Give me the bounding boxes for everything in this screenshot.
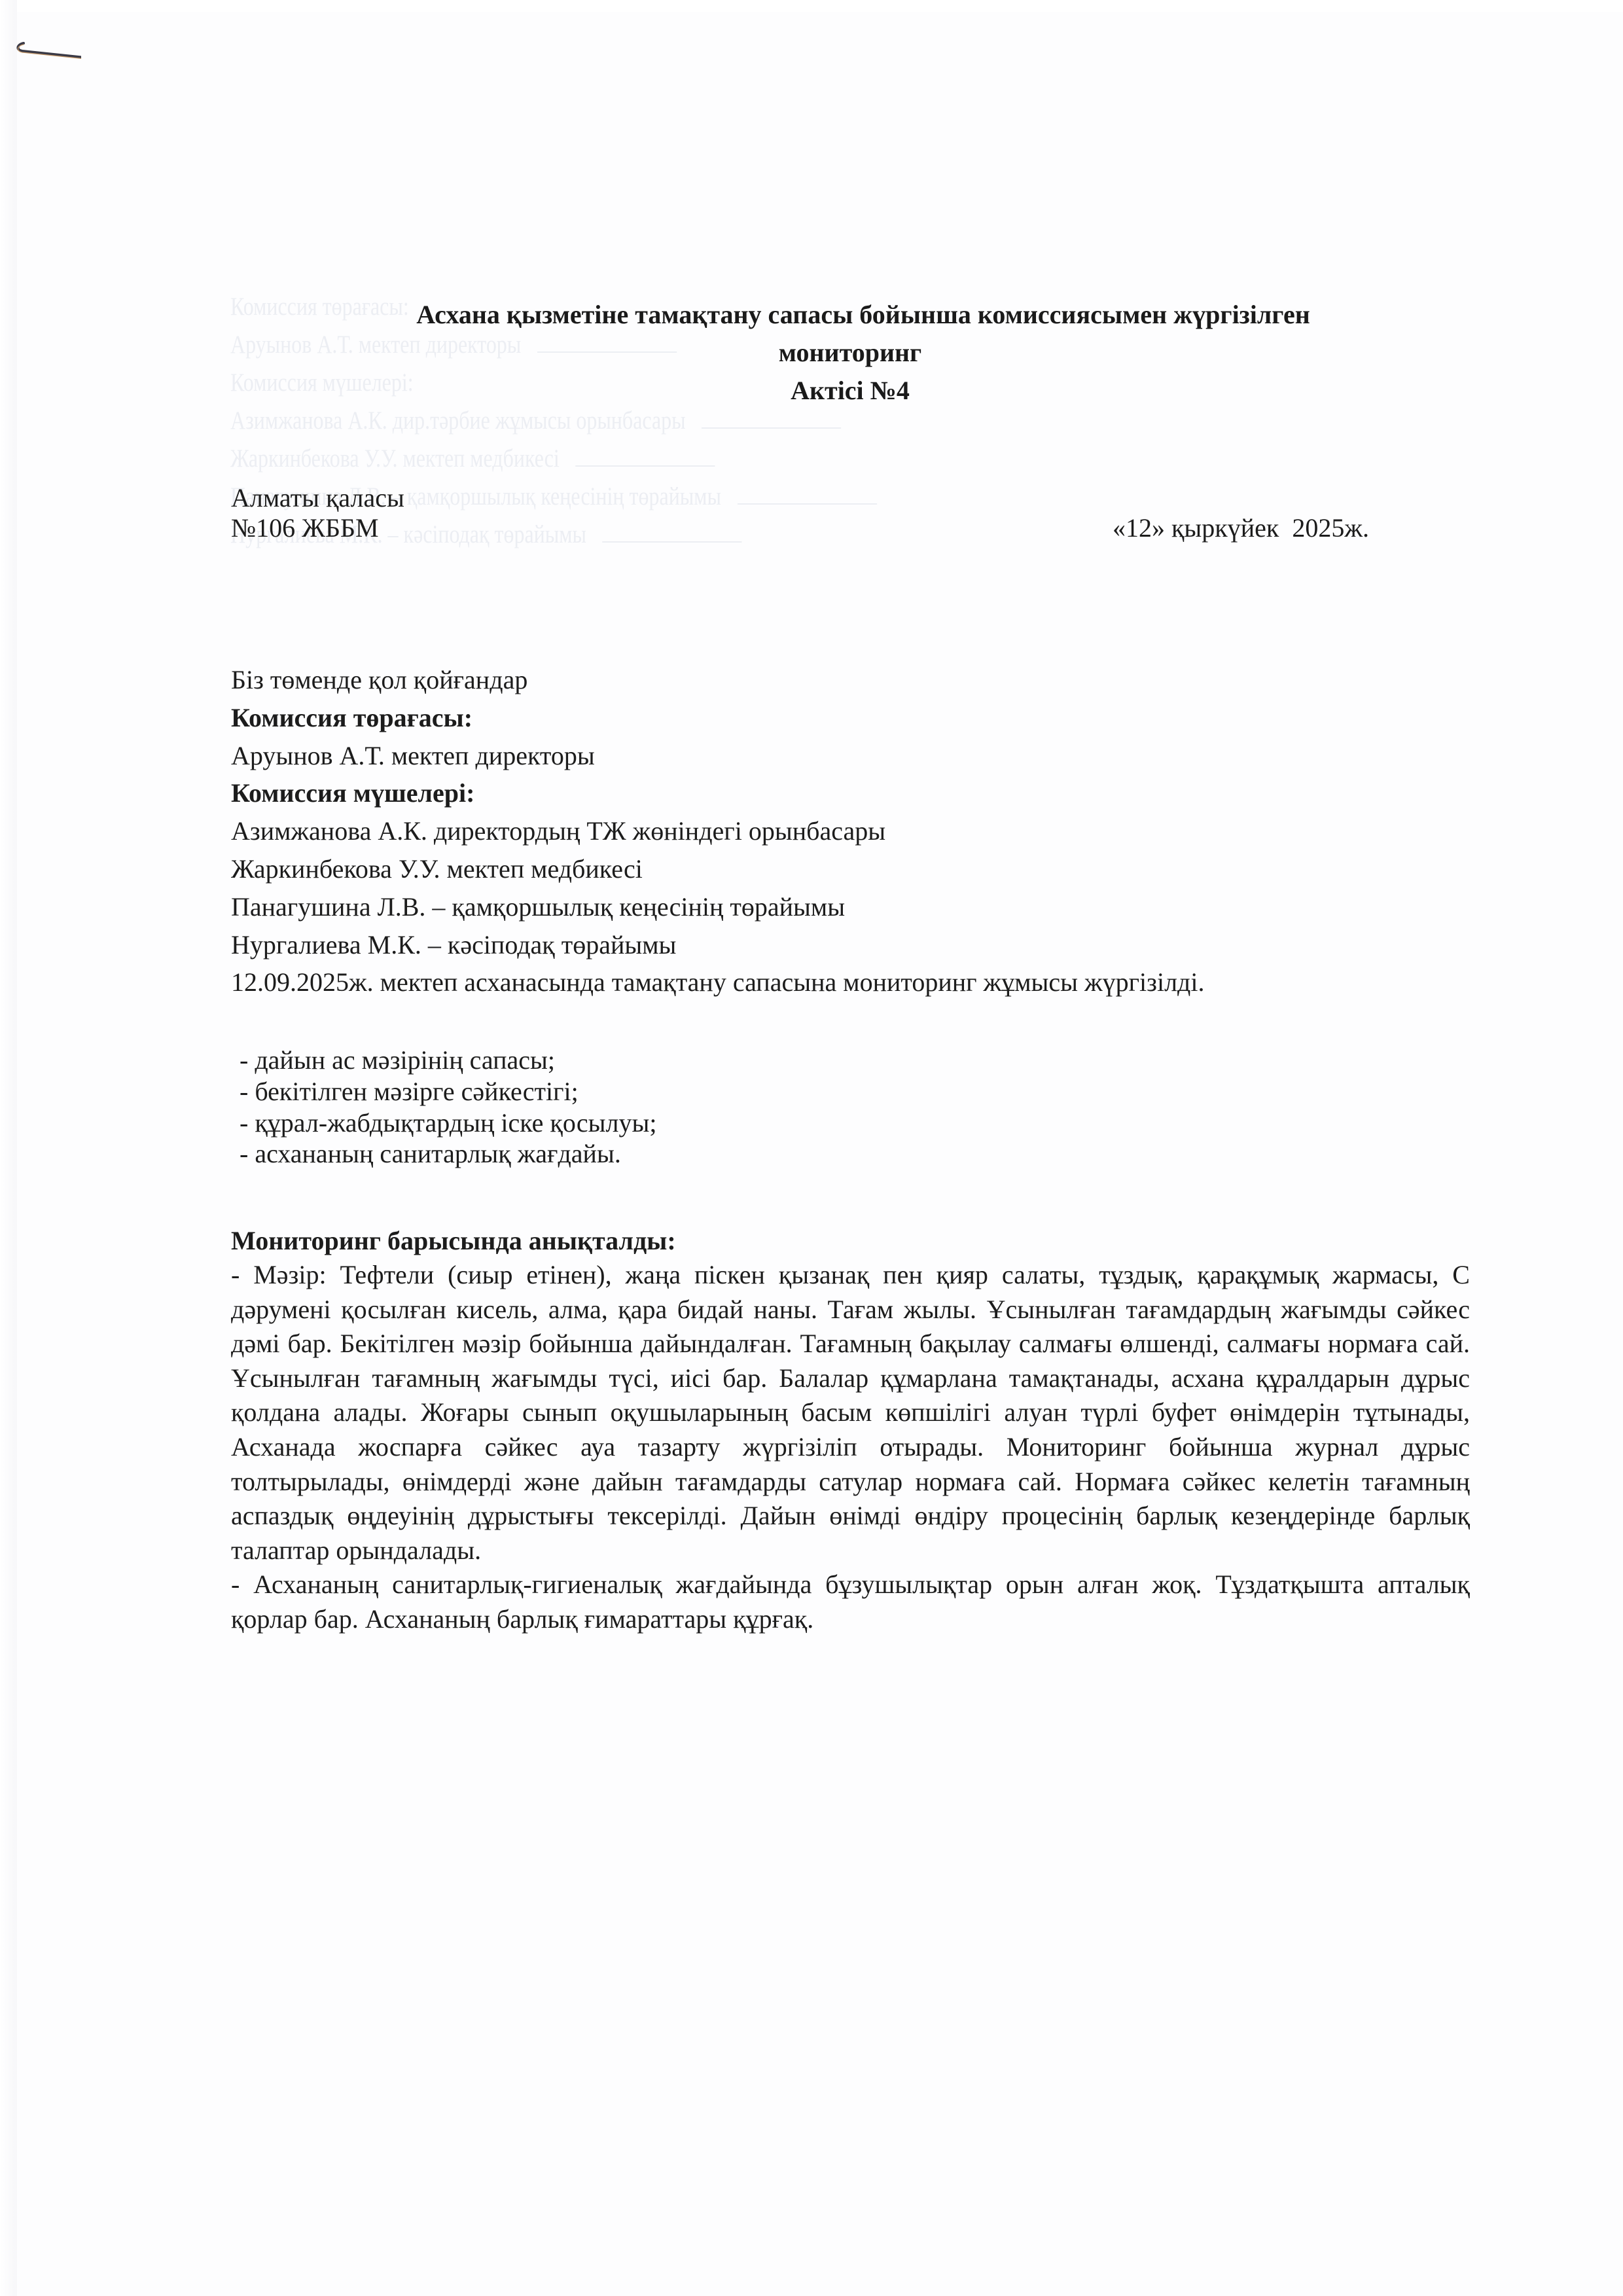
findings-paragraph-sanitary: - Асхананың санитарлық-гигиеналық жағдай…	[231, 1568, 1470, 1636]
school-name: №106 ЖББМ	[231, 513, 404, 543]
findings-heading: Мониторинг барысында анықталды:	[231, 1225, 676, 1257]
member-item: Нургалиева М.К. – кәсіподақ төрайымы	[231, 926, 1474, 964]
scan-edge-left	[0, 0, 17, 2296]
place-block: Алматы қаласы №106 ЖББМ	[231, 483, 404, 543]
monitoring-checklist: - дайын ас мәзірінің сапасы; - бекітілге…	[240, 1045, 656, 1170]
checklist-item: - асхананың санитарлық жағдайы.	[240, 1138, 656, 1170]
findings-paragraph-menu: - Мәзір: Тефтели (сиыр етінен), жаңа піс…	[231, 1258, 1470, 1568]
chair-name: Аруынов А.Т. мектеп директоры	[231, 737, 1474, 775]
staple-icon	[9, 41, 81, 60]
member-item: Жаркинбекова У.У. мектеп медбикесі	[231, 850, 1474, 888]
chair-heading: Комиссия төрағасы:	[231, 699, 1474, 737]
member-item: Азимжанова А.К. директордың ТЖ жөніндегі…	[231, 812, 1474, 850]
commission-section: Біз төменде қол қойғандар Комиссия төрағ…	[231, 661, 1474, 1001]
signature-line	[603, 541, 742, 543]
title-line-2: мониторинг	[231, 334, 1469, 372]
scanned-page: Комиссия төрағасы: Аруынов А.Т. мектеп д…	[0, 0, 1623, 2296]
members-heading: Комиссия мүшелері:	[231, 774, 1474, 812]
city: Алматы қаласы	[231, 483, 404, 513]
signature-line	[575, 465, 715, 467]
monitoring-statement: 12.09.2025ж. мектеп асханасында тамақтан…	[231, 963, 1474, 1001]
checklist-item: - бекітілген мәзірге сәйкестігі;	[240, 1076, 656, 1107]
member-item: Панагушина Л.В. – қамқоршылық кеңесінің …	[231, 888, 1474, 926]
scan-edge-top	[0, 0, 1623, 12]
document-title: Асхана қызметіне тамақтану сапасы бойынш…	[231, 296, 1469, 410]
document-date: «12» қыркүйек 2025ж.	[1113, 513, 1369, 543]
checklist-item: - құрал-жабдықтардың іске қосылуы;	[240, 1107, 656, 1139]
act-number: Актісі №4	[231, 372, 1469, 410]
findings-body: - Мәзір: Тефтели (сиыр етінен), жаңа піс…	[231, 1258, 1470, 1637]
bleed-line: Жаркинбекова У.У. мектеп медбикесі	[230, 440, 982, 478]
signature-line	[738, 503, 877, 505]
signed-below-text: Біз төменде қол қойғандар	[231, 661, 1474, 699]
checklist-item: - дайын ас мәзірінің сапасы;	[240, 1045, 656, 1076]
title-line-1: Асхана қызметіне тамақтану сапасы бойынш…	[231, 296, 1469, 334]
signature-line	[702, 427, 841, 429]
